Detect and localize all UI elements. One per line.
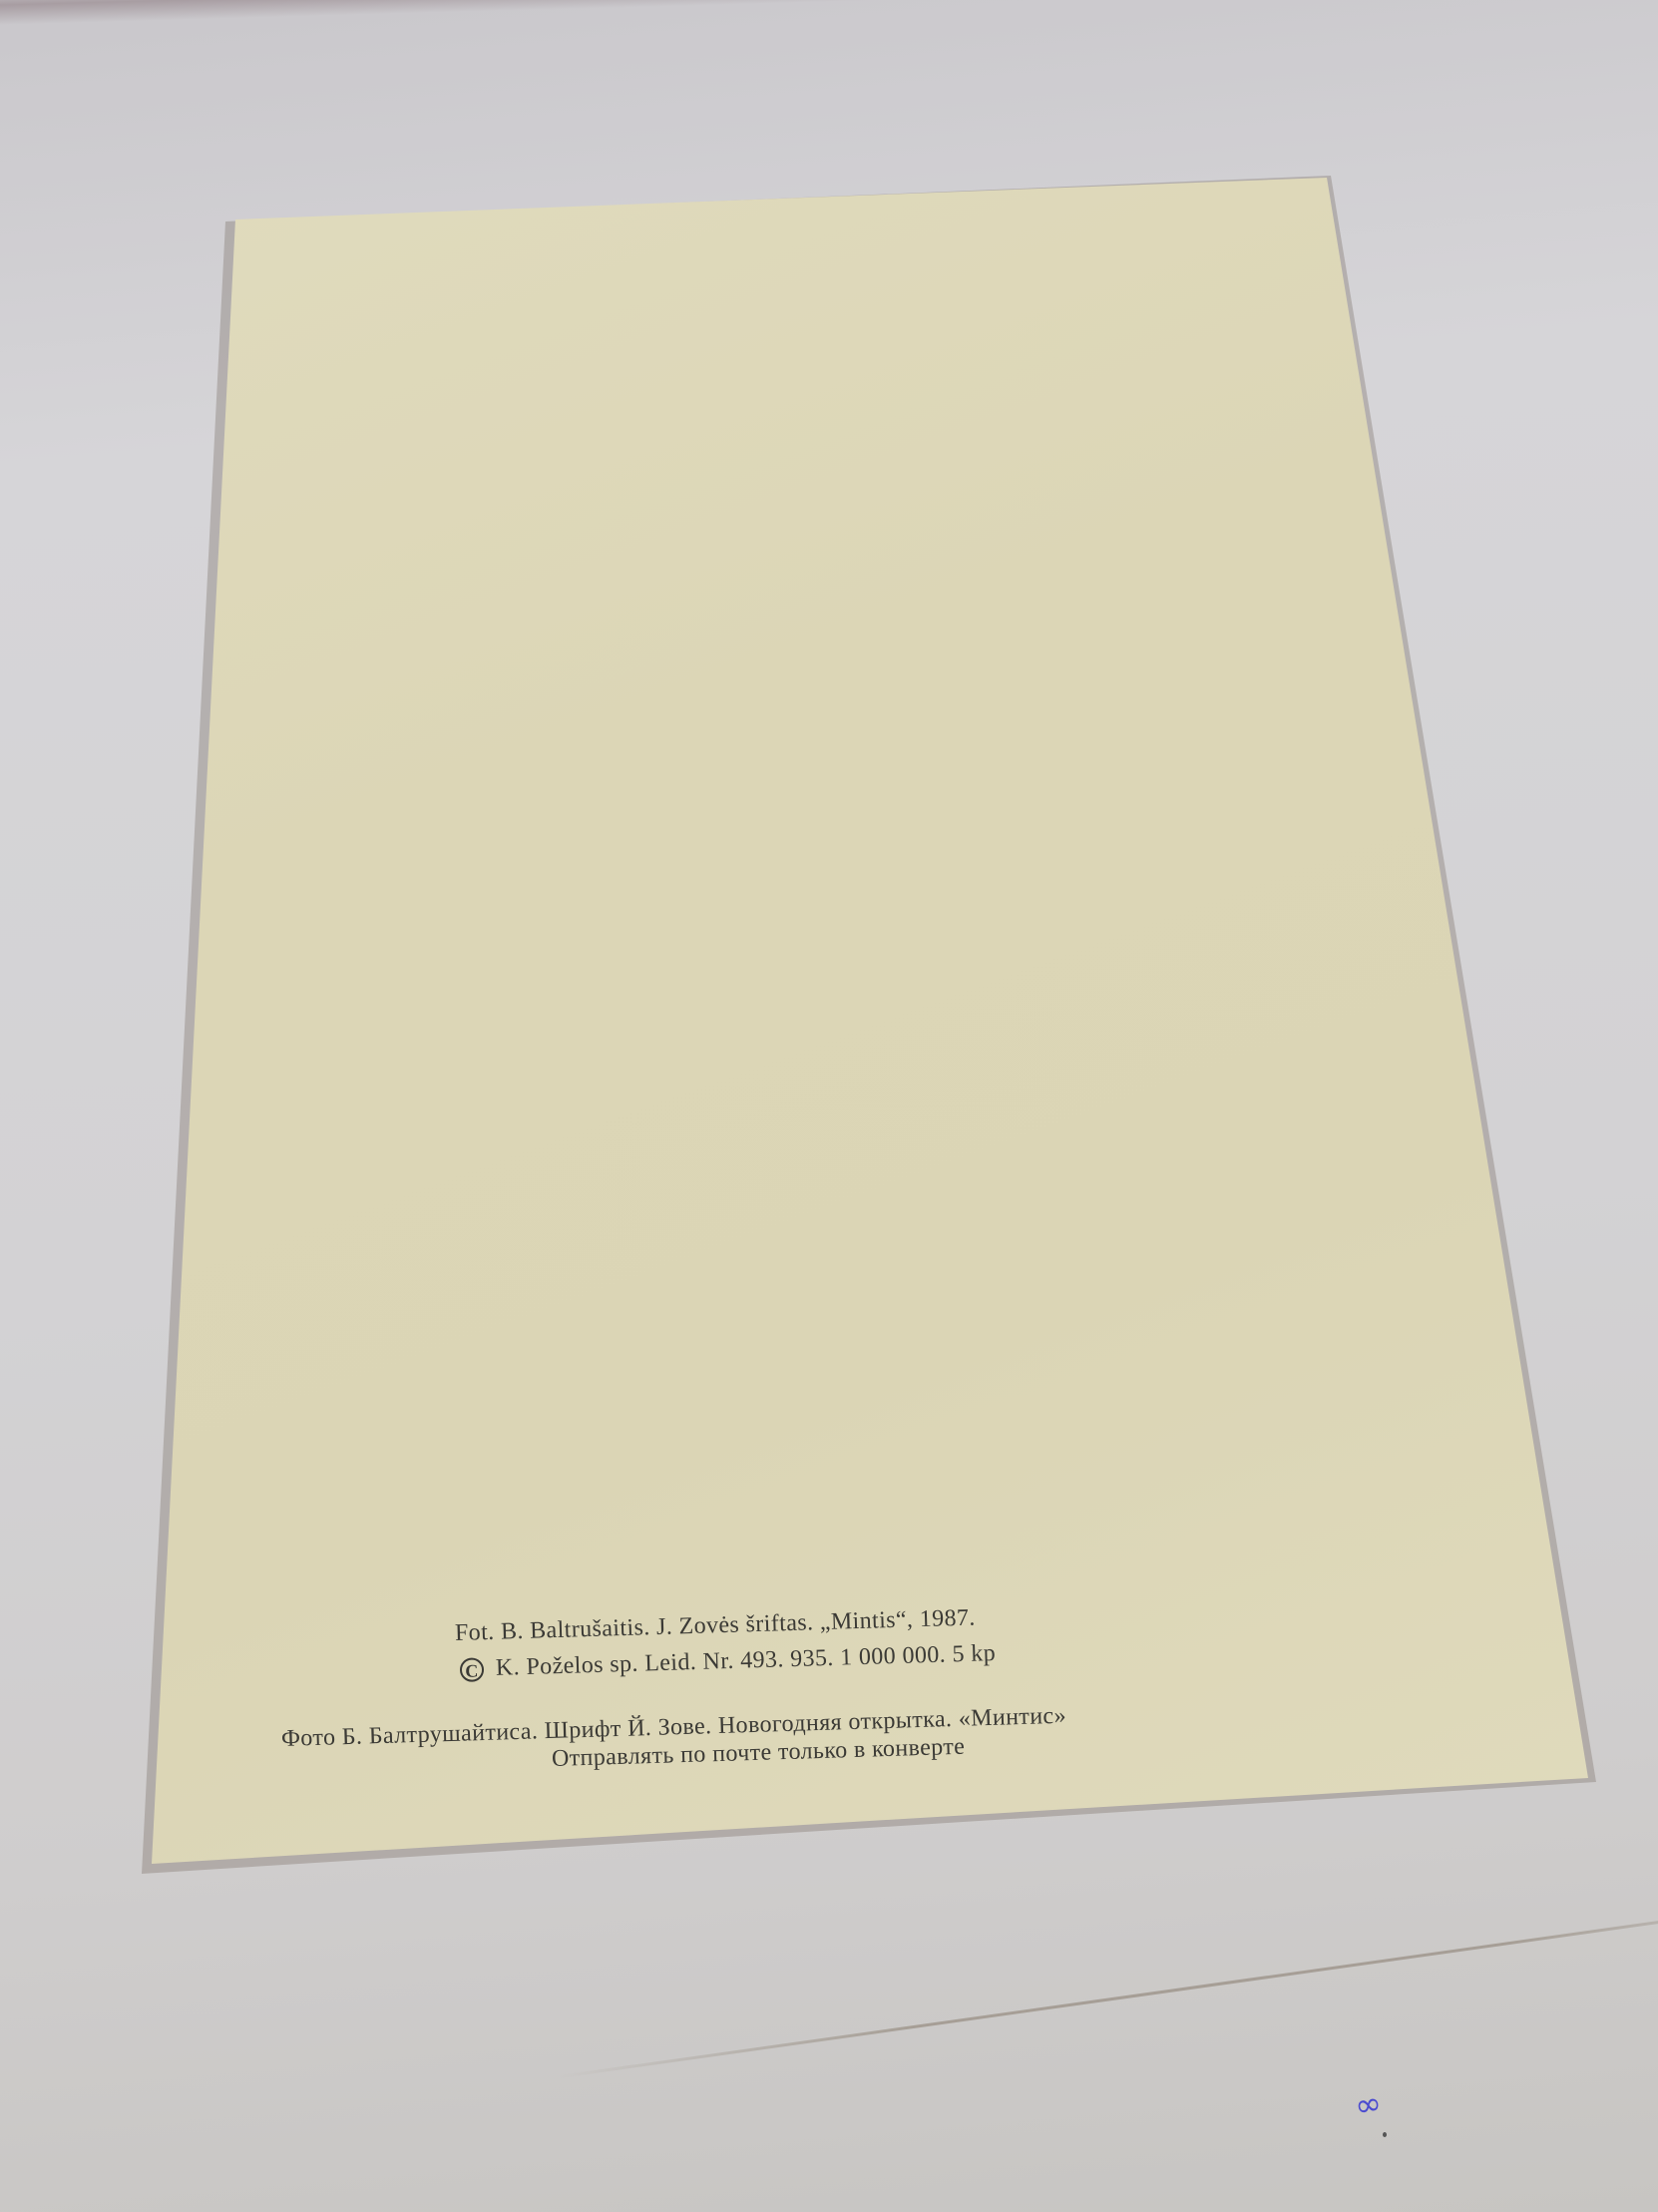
postcard-imprint: Fot. B. Baltrušaitis. J. Zovės šriftas. … [0, 0, 1658, 2212]
imprint-publisher-text: K. Poželos sp. Leid. Nr. 493. 935. 1 000… [496, 1640, 997, 1681]
copyright-icon: C [460, 1658, 485, 1683]
imprint-line-photographer: Fot. B. Baltrušaitis. J. Zovės šriftas. … [455, 1605, 977, 1647]
imprint-line-publisher: CK. Poželos sp. Leid. Nr. 493. 935. 1 00… [460, 1640, 997, 1683]
